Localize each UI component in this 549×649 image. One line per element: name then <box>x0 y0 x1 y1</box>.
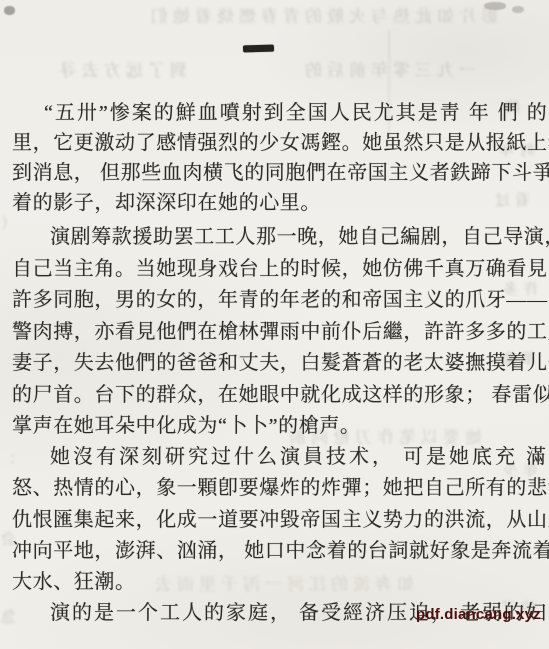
chapter-number-heading: 一 <box>243 45 274 53</box>
text-line: 警肉搏，亦看見他們在槍林彈雨中前仆后繼，許許多多的工人 <box>12 317 542 349</box>
text-line: 到消息， 但那些血肉横飞的同胞們在帝国主义者鉄蹄下斗爭 <box>12 158 542 188</box>
text-line: 掌声在她耳朵中化成为“卜卜”的槍声。 <box>12 411 542 443</box>
text-line: 怒、热情的心，象一顆卽要爆炸的炸彈；她把自己所有的悲忿、 <box>12 473 542 504</box>
paragraph-2: 演剧筹款援助罢工工人那一晚，她自己編剧，自己导演， 自己当主角。当她现身戏台上的… <box>12 222 542 443</box>
text-line: 她沒有深刻研究过什么演員技术， 可是她底充 滿 着 忿 <box>12 442 542 473</box>
paragraph-1: “五卅”惨案的鮮血噴射到全国人民尤其是靑 年 們 的 心 里，它更激动了感情强烈… <box>12 98 542 218</box>
text-line: 着的影子，却深深印在她的心里。 <box>12 188 542 218</box>
text-line: 的尸首。台下的群众，在她眼中就化成这样的形象； 春雷似的 <box>12 380 542 412</box>
text-line: 許多同胞，男的女的，年青的年老的和帝国主义的爪牙—— 軍 <box>12 285 542 317</box>
text-line: 大水、狂潮。 <box>12 567 542 598</box>
text-line: 冲向平地，澎湃、汹涌， 她口中念着的台詞就好象是奔流着的 <box>12 536 542 567</box>
text-line: 演剧筹款援助罢工工人那一晚，她自己編剧，自己导演， <box>12 222 542 254</box>
ink-speck <box>4 6 15 15</box>
ink-speck <box>484 2 506 10</box>
text-line: 自己当主角。当她现身戏台上的时候，她仿佛千真万确看見了 <box>12 254 542 286</box>
text-line: 仇恨匯集起来，化成一道要冲毀帝国主义势力的洪流，从山上 <box>12 505 542 536</box>
bleedthrough-text: 到了远方去寻 <box>55 56 187 81</box>
watermark: pdf.diancang.xyz <box>416 606 541 623</box>
text-line: 里，它更激动了感情强烈的少女馮鏗。她虽然只是从报紙上看 <box>12 128 542 158</box>
paragraph-3: 她沒有深刻研究过什么演員技术， 可是她底充 滿 着 忿 怒、热情的心，象一顆卽要… <box>12 442 542 598</box>
ink-speck <box>512 6 524 13</box>
text-line: 妻子，失去他們的爸爸和丈夫，白髮蒼蒼的老太婆撫摸着儿子 <box>12 348 542 380</box>
bleedthrough-text: 影片如此热与火般的青春燃烧着她们 <box>28 2 498 27</box>
text-line: “五卅”惨案的鮮血噴射到全国人民尤其是靑 年 們 的 心 <box>12 98 542 128</box>
scanned-book-page: 影片如此热与火般的青春燃烧着她们 到了远方去寻 一九三零年前后的 的 时年 看过… <box>0 0 549 649</box>
